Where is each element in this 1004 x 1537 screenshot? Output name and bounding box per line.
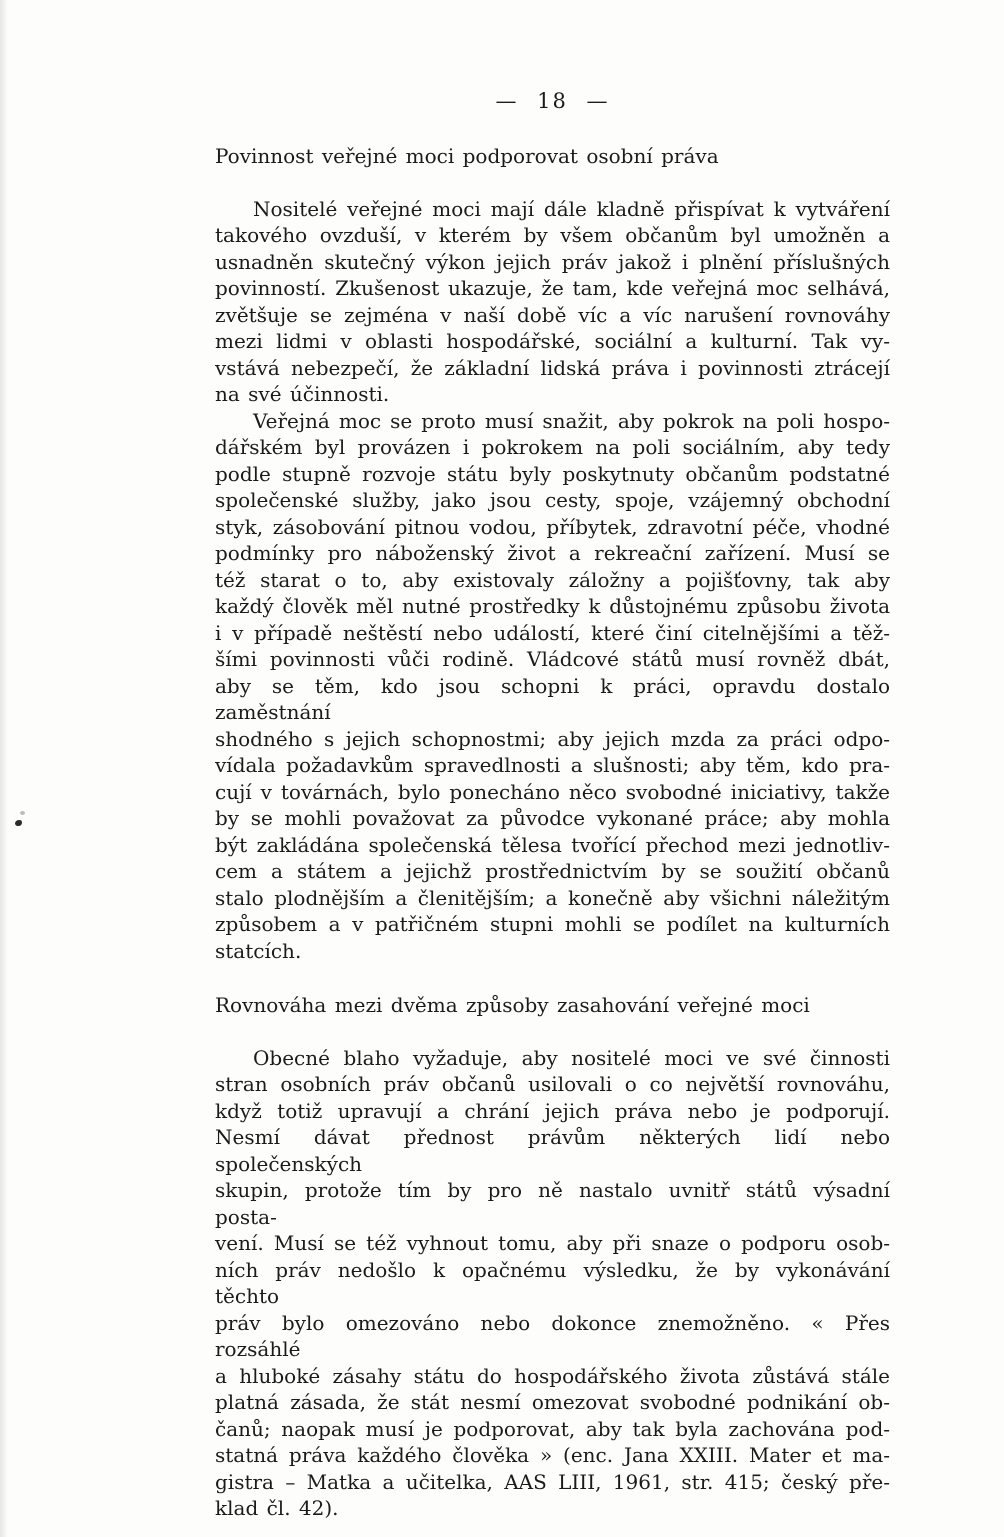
text-line: stran osobních práv občanů usilovali o c…: [215, 1071, 890, 1098]
text-line: podle stupně rozvoje státu byly poskytnu…: [215, 461, 890, 488]
text-line: povinností. Zkušenost ukazuje, že tam, k…: [215, 275, 890, 302]
text-line: stalo plodnějším a členitějším; a konečn…: [215, 885, 890, 912]
text-line: Veřejná moc se proto musí snažit, aby po…: [215, 408, 890, 435]
sections-container: Povinnost veřejné moci podporovat osobní…: [215, 143, 890, 1522]
text-line: když totiž upravují a chrání jejich práv…: [215, 1098, 890, 1125]
text-line: každý člověk měl nutné prostředky k důst…: [215, 593, 890, 620]
text-line: způsobem a v patřičném stupni mohli se p…: [215, 911, 890, 938]
document-section: Povinnost veřejné moci podporovat osobní…: [215, 143, 890, 964]
text-line: být zakládána společenská tělesa tvořící…: [215, 832, 890, 859]
text-line: na své účinnosti.: [215, 381, 890, 408]
text-line: vstává nebezpečí, že základní lidská prá…: [215, 355, 890, 382]
text-line: vídala požadavkům spravedlnosti a slušno…: [215, 752, 890, 779]
page-number: — 18 —: [215, 88, 890, 115]
text-line: takového ovzduší, v kterém by všem občan…: [215, 222, 890, 249]
paragraph: Nositelé veřejné moci mají dále kladně p…: [215, 196, 890, 408]
text-line: styk, zásobování pitnou vodou, příbytek,…: [215, 514, 890, 541]
text-line: šími povinnosti vůči rodině. Vládcové st…: [215, 646, 890, 673]
text-line: shodného s jejich schopnostmi; aby jejic…: [215, 726, 890, 753]
text-line: gistra – Matka a učitelka, AAS LIII, 196…: [215, 1469, 890, 1496]
ink-smudge: [20, 811, 25, 815]
text-line: vení. Musí se též vyhnout tomu, aby při …: [215, 1230, 890, 1257]
text-line: klad čl. 42).: [215, 1495, 890, 1522]
text-line: dářském byl provázen i pokrokem na poli …: [215, 434, 890, 461]
text-line: cem a státem a jejichž prostřednictvím b…: [215, 858, 890, 885]
ink-speck: [15, 820, 22, 826]
text-line: Nesmí dávat přednost právům některých li…: [215, 1124, 890, 1177]
text-line: by se mohli považovat za původce vykonan…: [215, 805, 890, 832]
text-line: práv bylo omezováno nebo dokonce znemožn…: [215, 1310, 890, 1363]
text-line: též starat o to, aby existovaly záložny …: [215, 567, 890, 594]
text-line: zvětšuje se zejména v naší době víc a ví…: [215, 302, 890, 329]
text-line: ních práv nedošlo k opačnému výsledku, ž…: [215, 1257, 890, 1310]
document-section: Rovnováha mezi dvěma způsoby zasahování …: [215, 992, 890, 1522]
section-heading: Rovnováha mezi dvěma způsoby zasahování …: [215, 992, 890, 1019]
text-line: statná práva každého člověka » (enc. Jan…: [215, 1442, 890, 1469]
text-line: mezi lidmi v oblasti hospodářské, sociál…: [215, 328, 890, 355]
text-column: — 18 — Povinnost veřejné moci podporovat…: [215, 0, 890, 1522]
paragraph: Veřejná moc se proto musí snažit, aby po…: [215, 408, 890, 965]
text-line: Nositelé veřejné moci mají dále kladně p…: [215, 196, 890, 223]
text-line: a hluboké zásahy státu do hospodářského …: [215, 1363, 890, 1390]
scan-edge-shadow: [0, 0, 8, 1537]
text-line: platná zásada, že stát nesmí omezovat sv…: [215, 1389, 890, 1416]
text-line: Obecné blaho vyžaduje, aby nositelé moci…: [215, 1045, 890, 1072]
text-line: statcích.: [215, 938, 890, 965]
text-line: skupin, protože tím by pro ně nastalo uv…: [215, 1177, 890, 1230]
section-heading: Povinnost veřejné moci podporovat osobní…: [215, 143, 890, 170]
text-line: společenské služby, jako jsou cesty, spo…: [215, 487, 890, 514]
text-line: aby se těm, kdo jsou schopni k práci, op…: [215, 673, 890, 726]
paragraph: Obecné blaho vyžaduje, aby nositelé moci…: [215, 1045, 890, 1522]
text-line: i v případě neštěstí nebo událostí, kter…: [215, 620, 890, 647]
text-line: čanů; naopak musí je podporovat, aby tak…: [215, 1416, 890, 1443]
text-line: cují v továrnách, bylo ponecháno něco sv…: [215, 779, 890, 806]
text-line: usnadněn skutečný výkon jejich práv jako…: [215, 249, 890, 276]
text-line: podmínky pro náboženský život a rekreačn…: [215, 540, 890, 567]
document-page: — 18 — Povinnost veřejné moci podporovat…: [0, 0, 1004, 1537]
